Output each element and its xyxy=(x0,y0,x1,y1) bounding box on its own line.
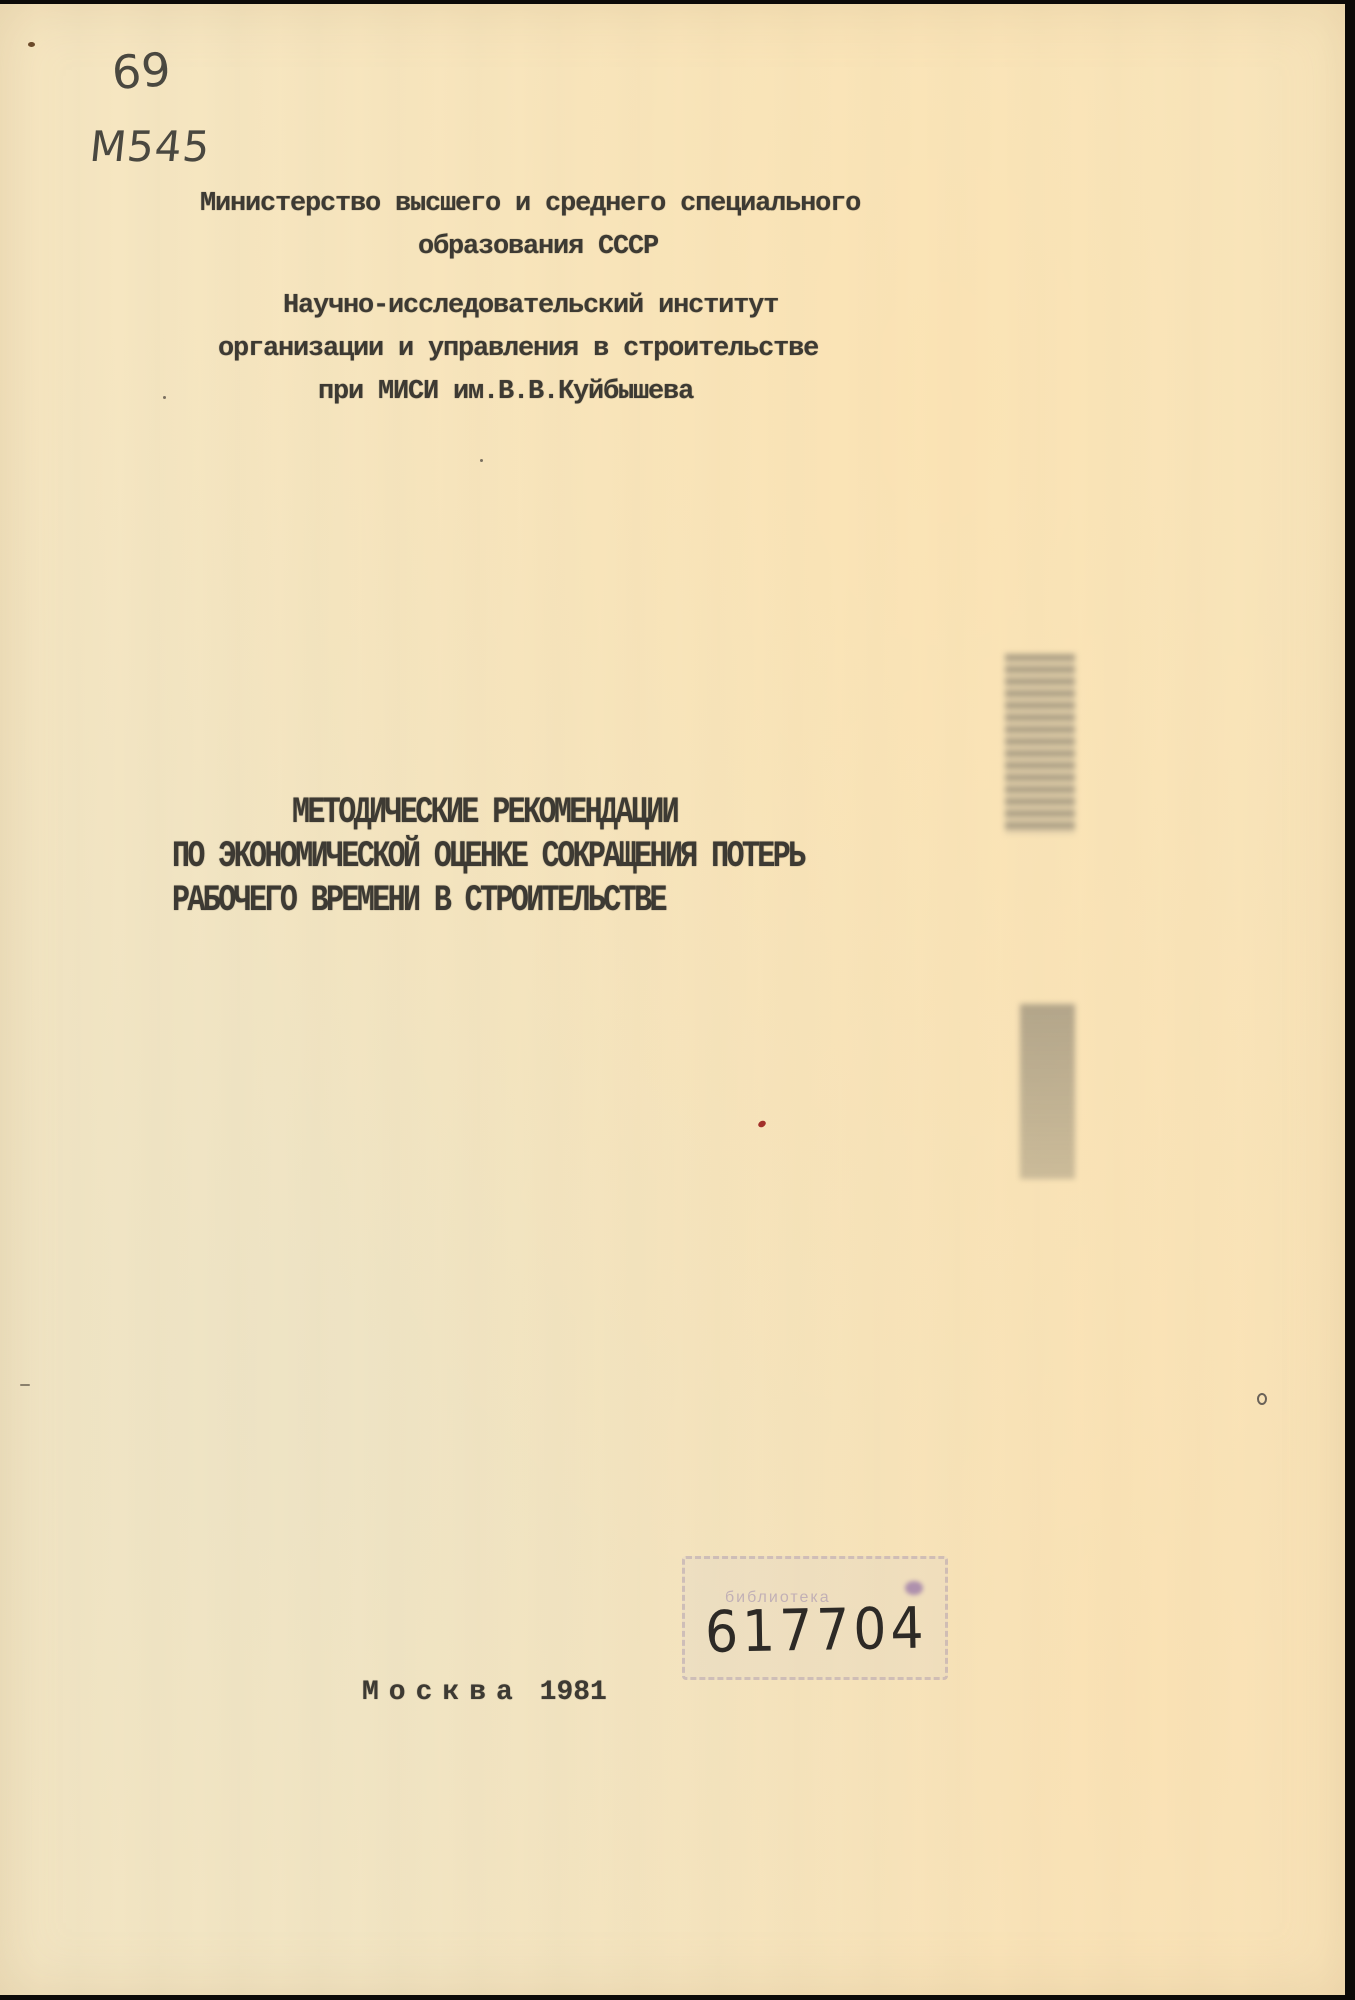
paper-ring-speck xyxy=(1257,1393,1267,1405)
publication-place-year: Москва 1981 xyxy=(362,1677,607,1708)
red-ink-speck xyxy=(757,1119,767,1128)
paper-speck xyxy=(480,459,483,462)
document-page: 69 M545 Министерство высшего и среднего … xyxy=(0,4,1345,1995)
institute-line-3: при МИСИ им.В.В.Куйбышева xyxy=(318,377,693,407)
ministry-line-2: образования СССР xyxy=(418,232,658,262)
handwritten-catalog-code: M545 xyxy=(87,122,213,171)
title-line-2: ПО ЭКОНОМИЧЕСКОЙ ОЦЕНКЕ СОКРАЩЕНИЯ ПОТЕР… xyxy=(172,836,804,879)
institute-line-1: Научно-исследовательский институт xyxy=(283,291,778,321)
handwritten-page-number: 69 xyxy=(110,42,172,100)
ministry-line-1: Министерство высшего и среднего специаль… xyxy=(200,189,860,219)
paper-scratch xyxy=(20,1384,30,1386)
publication-city: Москва xyxy=(362,1677,523,1708)
publication-year: 1981 xyxy=(540,1677,607,1708)
institute-line-2: организации и управления в строительстве xyxy=(218,334,818,364)
stamp-ink-blot xyxy=(905,1581,923,1595)
inventory-number: 617704 xyxy=(704,1596,928,1666)
title-line-1: МЕТОДИЧЕСКИЕ РЕКОМЕНДАЦИИ xyxy=(292,792,677,835)
bleed-through-mark-lower xyxy=(1020,1004,1075,1179)
bleed-through-mark-upper xyxy=(1005,654,1075,834)
library-stamp: библиотека 617704 xyxy=(682,1556,948,1680)
paper-speck xyxy=(28,42,35,47)
title-line-3: РАБОЧЕГО ВРЕМЕНИ В СТРОИТЕЛЬСТВЕ xyxy=(172,880,665,923)
paper-speck xyxy=(163,396,166,399)
